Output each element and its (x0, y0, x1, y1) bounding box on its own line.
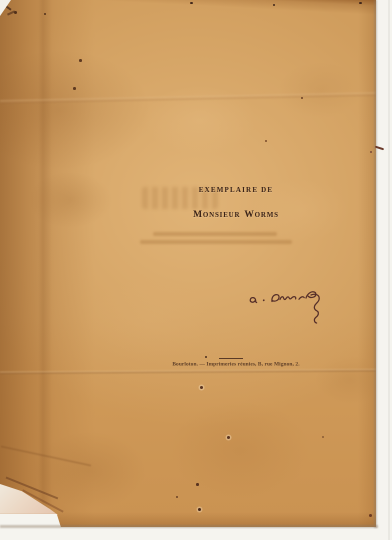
imprint-rule (219, 358, 243, 359)
imprint-dot (205, 356, 207, 358)
corner-crease-1 (1, 445, 91, 466)
stamp-worms: Worms (244, 210, 279, 220)
horizontal-crease-bottom (0, 369, 376, 375)
foxing-speck (79, 59, 82, 62)
foxing-speck (265, 140, 267, 142)
pinhole (200, 386, 203, 389)
foxing-speck (14, 11, 17, 14)
foxing-speck (176, 496, 178, 498)
paper-bottom-edge-shadow (0, 525, 378, 528)
stamp-monsieur-worms: MonsieurWorms (178, 210, 294, 220)
stamp-monsieur: Monsieur (193, 210, 240, 220)
top-left-tear-mark-2 (7, 10, 15, 15)
pinhole (227, 436, 230, 439)
horizontal-crease-top (0, 92, 376, 104)
right-edge-ink-dot (370, 151, 372, 153)
foxing-speck (301, 97, 303, 99)
foxing-speck (369, 514, 372, 517)
paper-right-edge-shadow (374, 0, 377, 528)
foxing-speck (44, 13, 46, 15)
scanner-edge-seam (388, 0, 390, 540)
scanned-document-page: EXEMPLAIRE DE MonsieurWorms Bourloton. —… (0, 0, 392, 540)
pinhole (198, 508, 201, 511)
foxing-speck (273, 4, 275, 6)
foxing-speck (359, 2, 362, 4)
handwritten-signature (249, 283, 345, 337)
paper-sheet: EXEMPLAIRE DE MonsieurWorms Bourloton. —… (0, 0, 376, 527)
showthrough-text-line (140, 240, 292, 244)
foxing-speck (196, 483, 199, 486)
paper-texture (0, 0, 376, 527)
showthrough-text-line (153, 232, 277, 236)
foxing-speck (190, 2, 193, 4)
stamp-exemplaire-de: EXEMPLAIRE DE (186, 186, 286, 194)
foxing-speck (322, 436, 324, 438)
printer-imprint: Bourloton. — Imprimeries réunies, B, rue… (164, 362, 308, 367)
top-left-notch (0, 0, 11, 16)
torn-corner-flap (0, 482, 58, 515)
foxing-speck (73, 87, 76, 90)
